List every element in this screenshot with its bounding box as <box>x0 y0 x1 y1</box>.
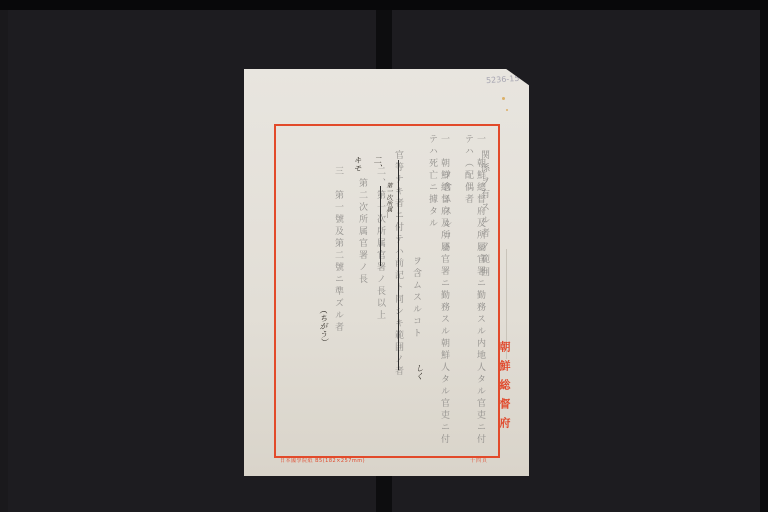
text-column: ヲ含ムスルコト <box>410 244 422 340</box>
strikethrough-line <box>380 186 381 266</box>
page-marker: 十四頁 <box>470 457 488 464</box>
stain <box>506 109 508 111</box>
text-column: 一 朝鮮總督府及所屬官署ニ勤務スル朝鮮人タル官吏ニ付テハ死亡ニ據タル <box>426 134 450 456</box>
red-border-frame: 関係ヲ有スル者ノ範囲 一 朝鮮總督府及所屬官署ニ勤務スル内地人タル官吏ニ付テハ（… <box>274 124 500 458</box>
text-column: 三 第一號及第二號ニ準ズル者 <box>332 166 344 334</box>
handwritten-note: キモ <box>352 156 363 172</box>
handwritten-note: 二、 <box>372 156 383 172</box>
handwritten-note: しく <box>414 364 425 380</box>
display-frame-right <box>760 10 768 512</box>
display-frame-top <box>0 0 768 10</box>
issuer-stamp: 朝鮮総督府 <box>496 341 512 436</box>
text-column: 第二次所属官署ノ長 <box>356 166 368 286</box>
handwritten-note: 第一次所属… <box>384 182 393 218</box>
paper-spec: 日本國學院紙 B5(182×257mm) <box>280 457 365 464</box>
strikethrough-line <box>398 160 399 370</box>
archival-document: 5236-15 関係ヲ有スル者ノ範囲 一 朝鮮總督府及所屬官署ニ勤務スル内地人タ… <box>244 69 529 476</box>
handwritten-note: （ちがう） <box>318 306 329 346</box>
stain <box>502 97 505 100</box>
text-column: 一 朝鮮總督府及所屬官署ニ勤務スル内地人タル官吏ニ付テハ（配偶者 <box>462 134 486 456</box>
archive-number: 5236-15 <box>485 74 519 85</box>
